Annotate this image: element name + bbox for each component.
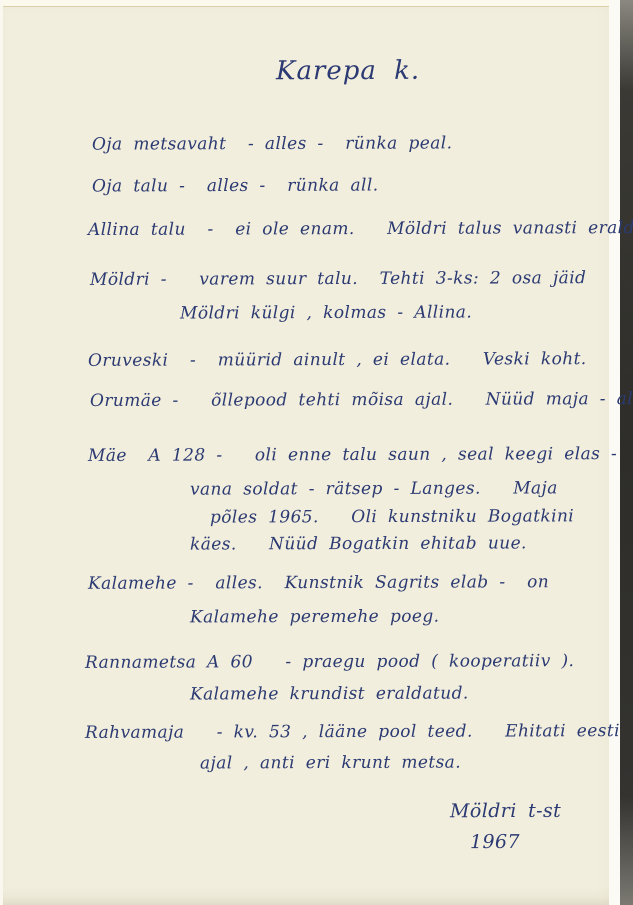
handwritten-line-mae-4: käes. Nüüd Bogatkin ehitab uue.	[190, 533, 527, 555]
handwritten-line-kalamehe-2: Kalamehe peremehe poeg.	[190, 607, 439, 628]
handwritten-line-rahvamaja-2: ajal , anti eri krunt metsa.	[200, 753, 461, 774]
handwritten-line-oja-metsavaht: Oja metsavaht - alles - rünka peal.	[92, 133, 453, 155]
handwritten-line-allina-talu: Allina talu - ei ole enam. Möldri talus …	[88, 218, 633, 240]
scanned-note-page: Karepa k. Oja metsavaht - alles - rünka …	[0, 0, 633, 905]
handwritten-line-moldri-1: Möldri - varem suur talu. Tehti 3-ks: 2 …	[90, 268, 586, 290]
page-edge-shadow	[620, 0, 633, 905]
scan-edge-top	[0, 0, 633, 7]
handwritten-line-rannametsa-1: Rannametsa A 60 - praegu pood ( kooperat…	[85, 651, 574, 673]
handwritten-line-orumae: Orumäe - õllepood tehti mõisa ajal. Nüüd…	[90, 389, 633, 411]
handwritten-line-mae-1: Mäe A 128 - oli enne talu saun , seal ke…	[88, 444, 617, 466]
handwritten-line-mae-2: vana soldat - rätsep - Langes. Maja	[190, 478, 558, 500]
handwritten-line-oja-talu: Oja talu - alles - rünka all.	[92, 176, 379, 197]
signature-name: Möldri t-st	[450, 800, 561, 823]
handwritten-line-rahvamaja-1: Rahvamaja - kv. 53 , lääne pool teed. Eh…	[85, 721, 620, 743]
handwritten-line-mae-3: põles 1965. Oli kunstniku Bogatkini	[210, 506, 574, 528]
handwritten-line-rannametsa-2: Kalamehe krundist eraldatud.	[190, 684, 469, 705]
handwritten-line-kalamehe-1: Kalamehe - alles. Kunstnik Sagrits elab …	[88, 572, 549, 594]
handwritten-line-oruveski: Oruveski - müürid ainult , ei elata. Ves…	[88, 349, 587, 371]
note-title: Karepa k.	[276, 56, 420, 88]
signature-year: 1967	[470, 831, 520, 854]
handwritten-line-moldri-2: Möldri külgi , kolmas - Allina.	[180, 302, 472, 323]
scan-edge-left	[0, 0, 3, 905]
